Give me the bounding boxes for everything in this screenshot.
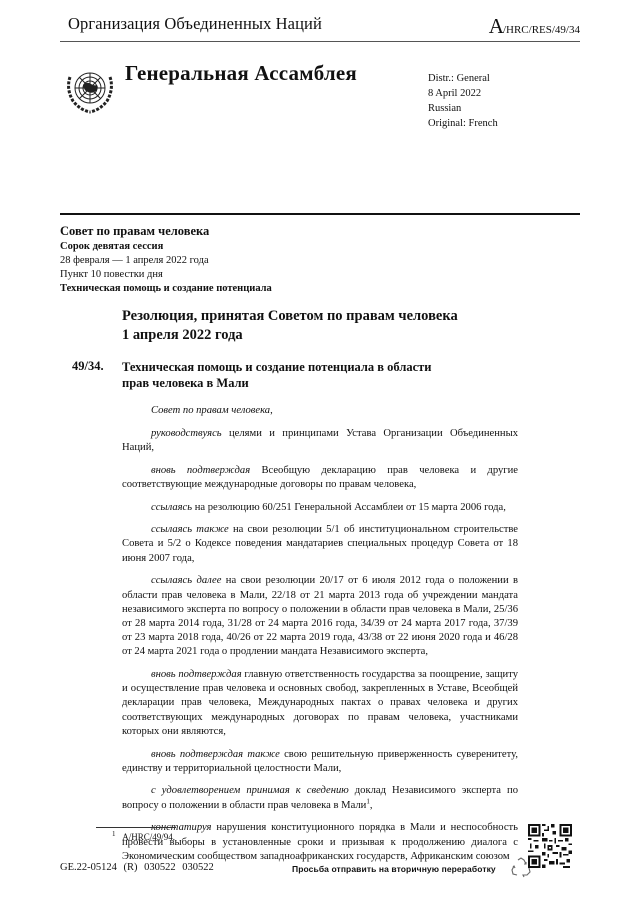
session-dates: 28 февраля — 1 апреля 2022 года [60,254,272,268]
resolution-title: Резолюция, принятая Советом по правам че… [122,307,458,345]
resolution-heading-line: Техническая помощь и создание потенциала… [122,359,432,375]
preamble-paragraph: вновь подтверждая главную ответственност… [122,668,518,739]
footnote-rule [96,827,176,828]
symbol-prefix: A [489,14,503,38]
resolution-number: 49/34. [72,359,104,374]
footnote: 1 A/HRC/49/94. [112,832,175,842]
symbol-rest: /HRC/RES/49/34 [503,24,580,36]
preamble-paragraph: с удовлетворением принимая к сведению до… [122,784,518,812]
paragraph-lead: вновь подтверждая [151,465,250,476]
distribution-line: Distr.: General [428,71,498,86]
resolution-heading-line: прав человека в Мали [122,375,432,391]
document-symbol: A/HRC/RES/49/34 [489,14,580,39]
paragraph-lead: вновь подтверждая также [151,749,280,760]
un-emblem-icon [64,63,116,115]
preamble-paragraph: вновь подтверждая также свою решительную… [122,748,518,776]
paragraph-text: , [270,405,273,416]
general-assembly-title: Генеральная Ассамблея [125,61,357,86]
section-rule [60,213,580,215]
paragraph-lead: ссылаясь далее [151,575,221,586]
paragraph-lead: с удовлетворением принимая к сведению [151,785,349,796]
paragraph-lead: ссылаясь [151,502,192,513]
original-language-line: Original: French [428,116,498,131]
session-block: Совет по правам человека Сорок девятая с… [60,223,272,296]
resolution-title-line: Резолюция, принятая Советом по правам че… [122,307,458,326]
footnote-mark: 1 [112,830,116,838]
paragraph-lead: руководствуясь [151,428,222,439]
agenda-item: Пункт 10 повестки дня [60,268,272,282]
recycle-notice: Просьба отправить на вторичную переработ… [292,864,496,874]
header-rule [60,41,580,42]
preamble-paragraph: констатируя нарушения конституционного п… [122,821,518,864]
date-line: 8 April 2022 [428,86,498,101]
distribution-info: Distr.: General 8 April 2022 Russian Ori… [428,71,498,131]
qr-code-icon [528,824,572,868]
resolution-date-line: 1 апреля 2022 года [122,326,458,345]
paragraph-lead: ссылаясь также [151,524,229,535]
preamble-paragraph: ссылаясь на резолюцию 60/251 Генеральной… [122,501,518,515]
council-name: Совет по правам человека [60,223,272,240]
paragraph-lead: вновь подтверждая [151,669,242,680]
paragraph-text: на резолюцию 60/251 Генеральной Ассамбле… [192,502,506,513]
session-name: Сорок девятая сессия [60,240,272,254]
preamble-paragraph: ссылаясь также на свои резолюции 5/1 об … [122,523,518,566]
paragraph-lead: Совет по правам человека [151,405,270,416]
resolution-heading: Техническая помощь и создание потенциала… [122,359,432,391]
preamble-paragraph: вновь подтверждая Всеобщую декларацию пр… [122,464,518,492]
organization-name: Организация Объединенных Наций [68,14,322,34]
preamble-paragraph: Совет по правам человека, [122,404,518,418]
preamble-paragraph: ссылаясь далее на свои резолюции 20/17 о… [122,574,518,659]
agenda-title: Техническая помощь и создание потенциала [60,282,272,296]
paragraph-tail: , [370,800,373,811]
paragraph-text: на свои резолюции 20/17 от 6 июля 2012 г… [122,575,518,657]
preamble-paragraph: руководствуясь целями и принципами Устав… [122,427,518,455]
preamble-body: Совет по правам человека, руководствуясь… [122,404,518,872]
job-number: GE.22-05124 (R) 030522 030522 [60,862,214,873]
language-line: Russian [428,101,498,116]
footnote-text: A/HRC/49/94. [122,832,175,842]
